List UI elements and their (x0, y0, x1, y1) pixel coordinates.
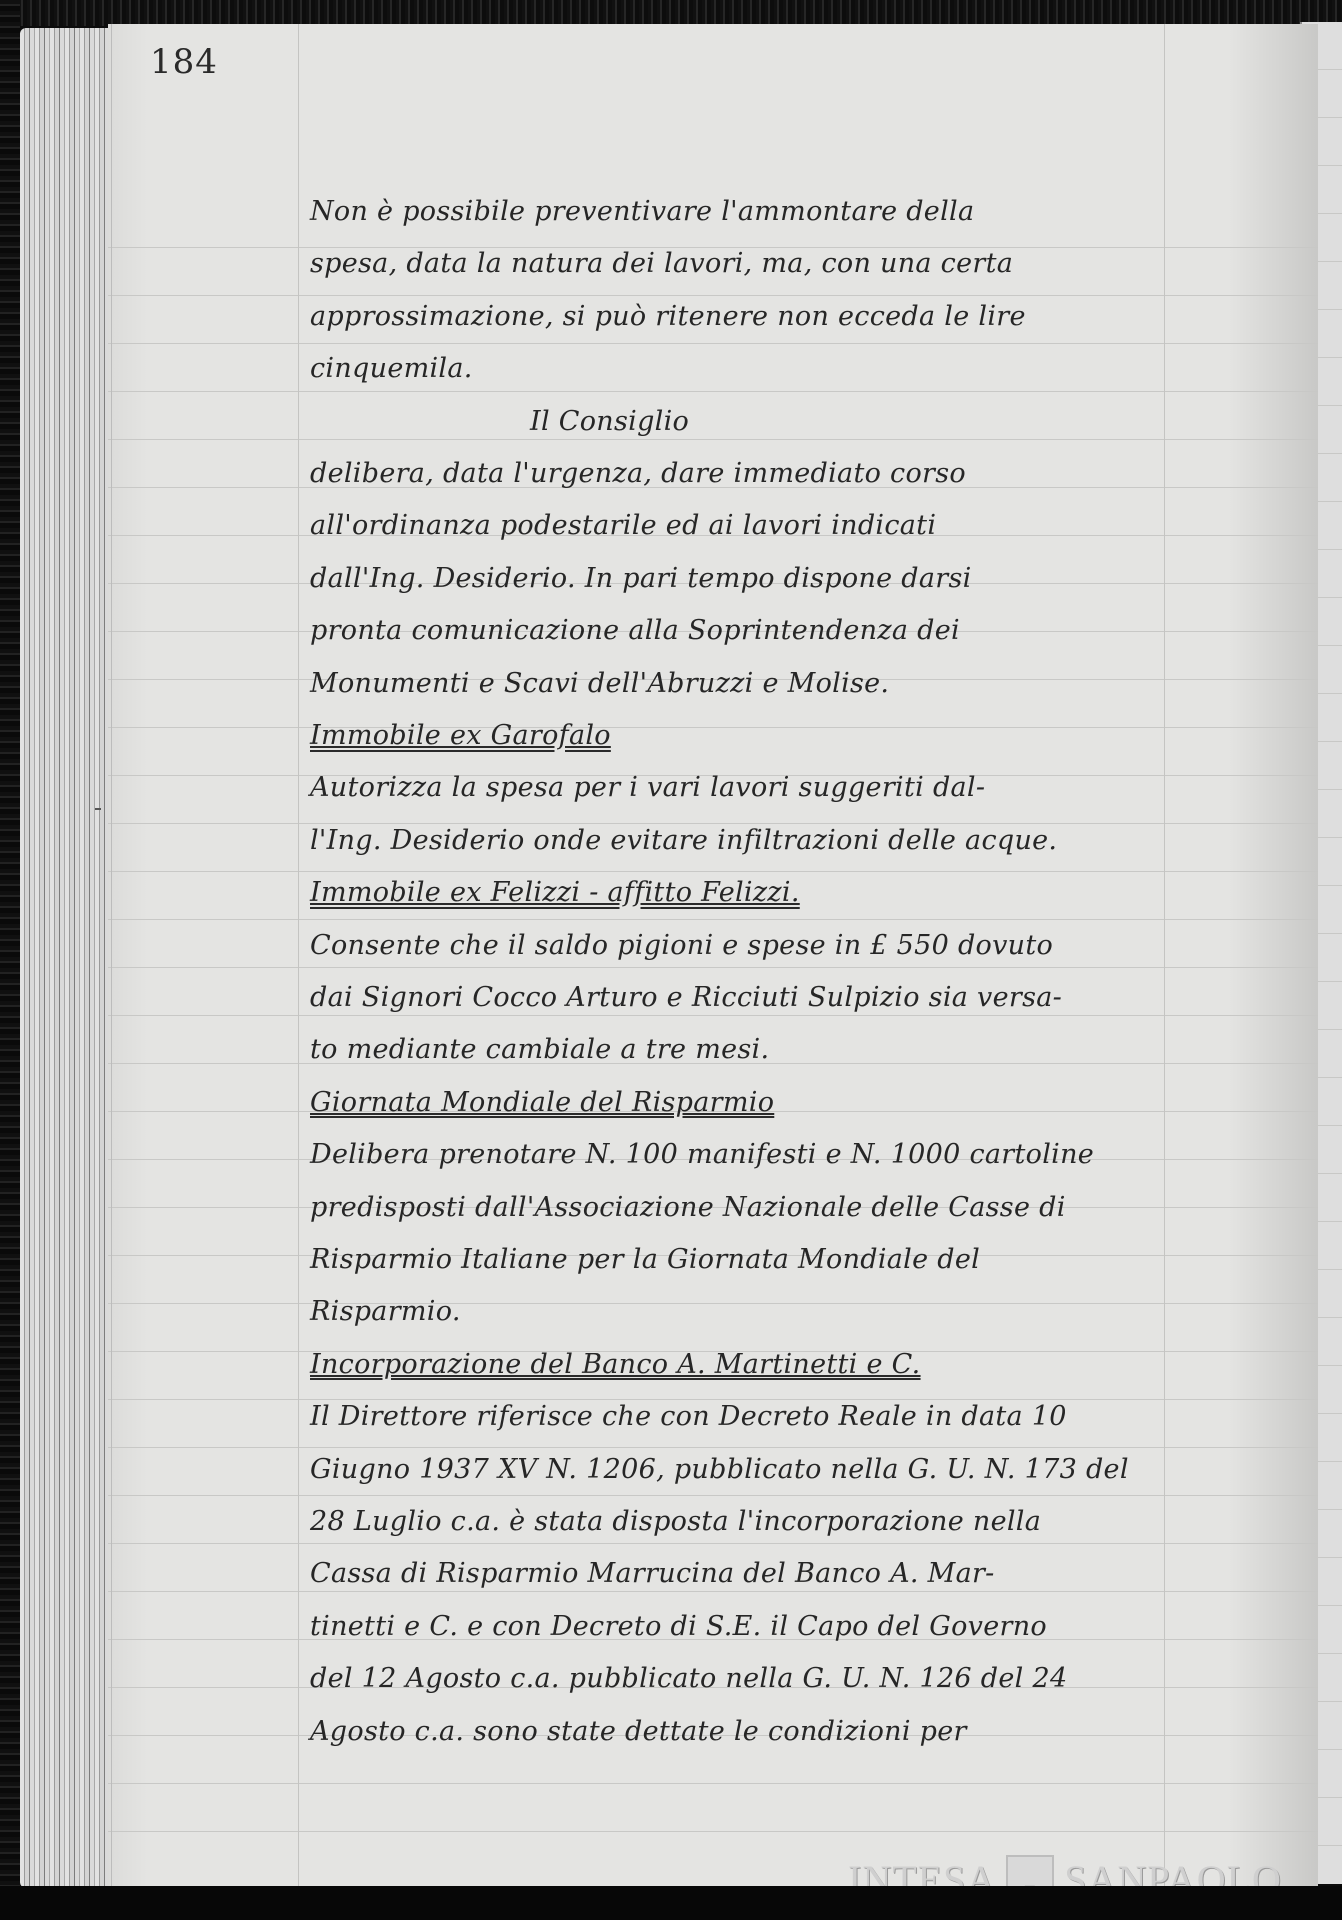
section-heading: Immobile ex Garofalo (310, 720, 1190, 751)
page-number: 184 (150, 42, 218, 82)
page-edge-line (111, 24, 112, 1886)
text-line: Monumenti e Scavi dell'Abruzzi e Molise. (310, 668, 1190, 699)
text-line: Giugno 1937 XV N. 1206, pubblicato nella… (310, 1454, 1190, 1485)
section-heading: Immobile ex Felizzi - affitto Felizzi. (310, 877, 1190, 908)
text-line: Consente che il saldo pigioni e spese in… (310, 930, 1190, 961)
section-heading: Giornata Mondiale del Risparmio (310, 1087, 1190, 1118)
text-line: Autorizza la spesa per i vari lavori sug… (310, 772, 1190, 803)
stacked-page-edges (20, 28, 110, 1888)
text-line: Non è possibile preventivare l'ammontare… (310, 196, 1190, 227)
text-line: del 12 Agosto c.a. pubblicato nella G. U… (310, 1663, 1190, 1694)
text-line: predisposti dall'Associazione Nazionale … (310, 1192, 1190, 1223)
text-line: Agosto c.a. sono state dettate le condiz… (310, 1716, 1190, 1747)
section-heading: Incorporazione del Banco A. Martinetti e… (310, 1349, 1190, 1380)
text-line: tinetti e C. e con Decreto di S.E. il Ca… (310, 1611, 1190, 1642)
text-line: Il Direttore riferisce che con Decreto R… (310, 1401, 1190, 1432)
text-line: dall'Ing. Desiderio. In pari tempo dispo… (310, 563, 1190, 594)
text-line: all'ordinanza podestarile ed ai lavori i… (310, 510, 1190, 541)
text-line: dai Signori Cocco Arturo e Ricciuti Sulp… (310, 982, 1190, 1013)
text-line: Cassa di Risparmio Marrucina del Banco A… (310, 1558, 1190, 1589)
text-line: to mediante cambiale a tre mesi. (310, 1034, 1190, 1065)
text-line: Risparmio. (310, 1296, 1190, 1327)
text-line: Delibera prenotare N. 100 manifesti e N.… (310, 1139, 1190, 1170)
text-line: 28 Luglio c.a. è stata disposta l'incorp… (310, 1506, 1190, 1537)
text-line: Risparmio Italiane per la Giornata Mondi… (310, 1244, 1190, 1275)
book-bottom-edge (0, 1886, 1342, 1920)
book-binding-left (0, 0, 20, 1920)
book-binding-top (0, 0, 1342, 26)
centered-heading: Il Consiglio (530, 406, 1342, 437)
text-line: approssimazione, si può ritenere non ecc… (310, 301, 1190, 332)
text-line: delibera, data l'urgenza, dare immediato… (310, 458, 1190, 489)
text-line: l'Ing. Desiderio onde evitare infiltrazi… (310, 825, 1190, 856)
text-line: pronta comunicazione alla Soprintendenza… (310, 615, 1190, 646)
margin-tick-mark (95, 808, 101, 810)
text-line: spesa, data la natura dei lavori, ma, co… (310, 248, 1190, 279)
left-margin-line (298, 24, 299, 1886)
text-line: cinquemila. (310, 353, 1190, 384)
ruled-lines (108, 200, 1318, 1840)
